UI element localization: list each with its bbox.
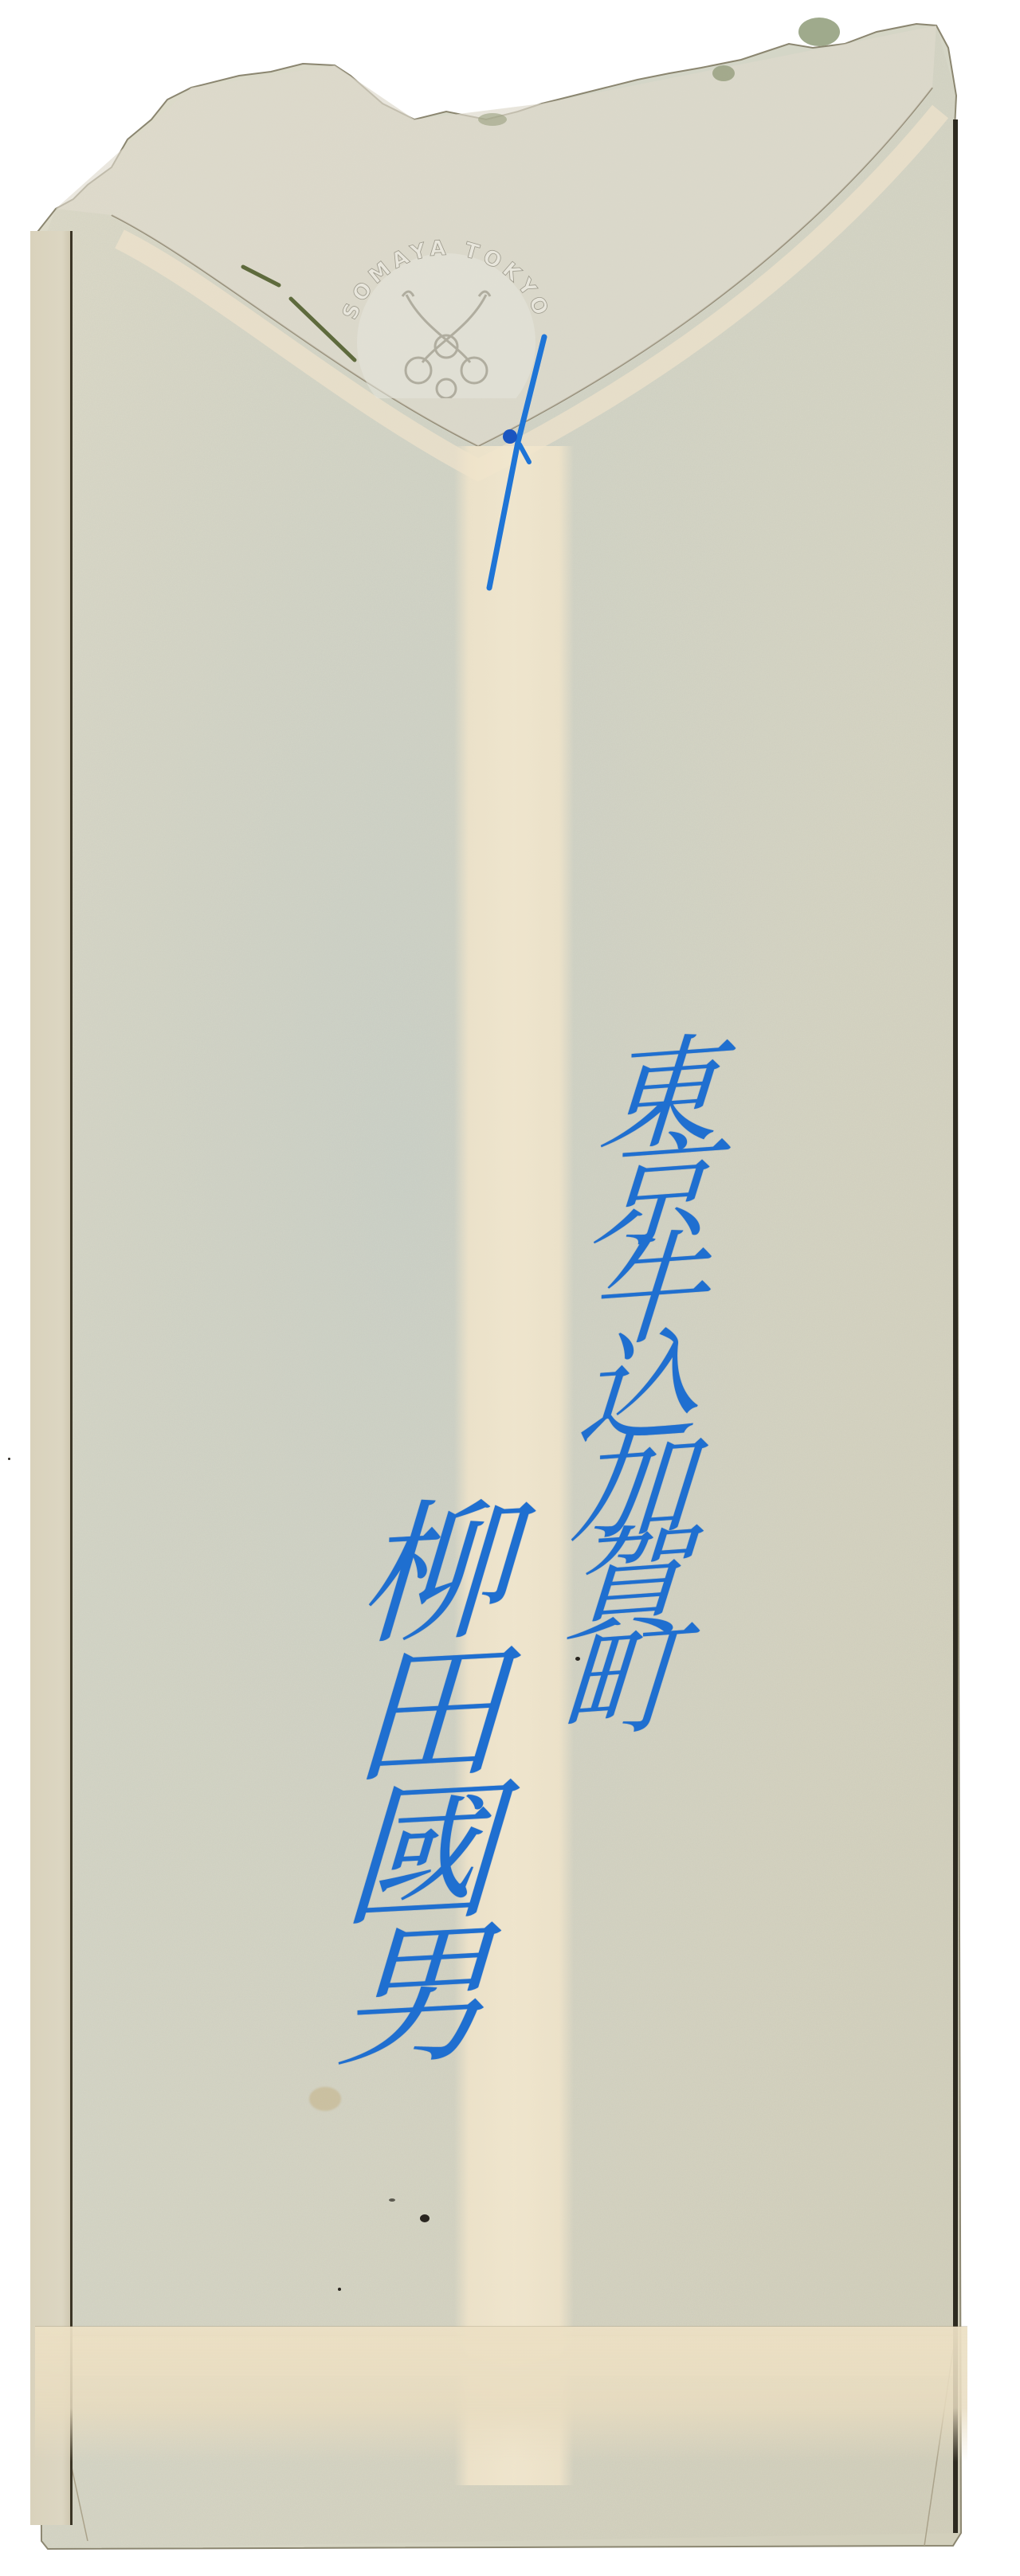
ink-speck <box>420 2214 430 2222</box>
handwritten-sender-name: 柳田國男 <box>321 1490 502 2061</box>
stain <box>309 2087 341 2111</box>
envelope-scan: SOMAYA TOKYO 東京牛込加賀町 柳田國男 <box>0 0 1020 2576</box>
ink-speck <box>8 1458 10 1460</box>
ink-speck <box>389 2198 395 2202</box>
flap-ink-mark <box>0 0 1020 2576</box>
ink-speck <box>575 1657 580 1661</box>
ink-speck <box>338 2288 341 2291</box>
